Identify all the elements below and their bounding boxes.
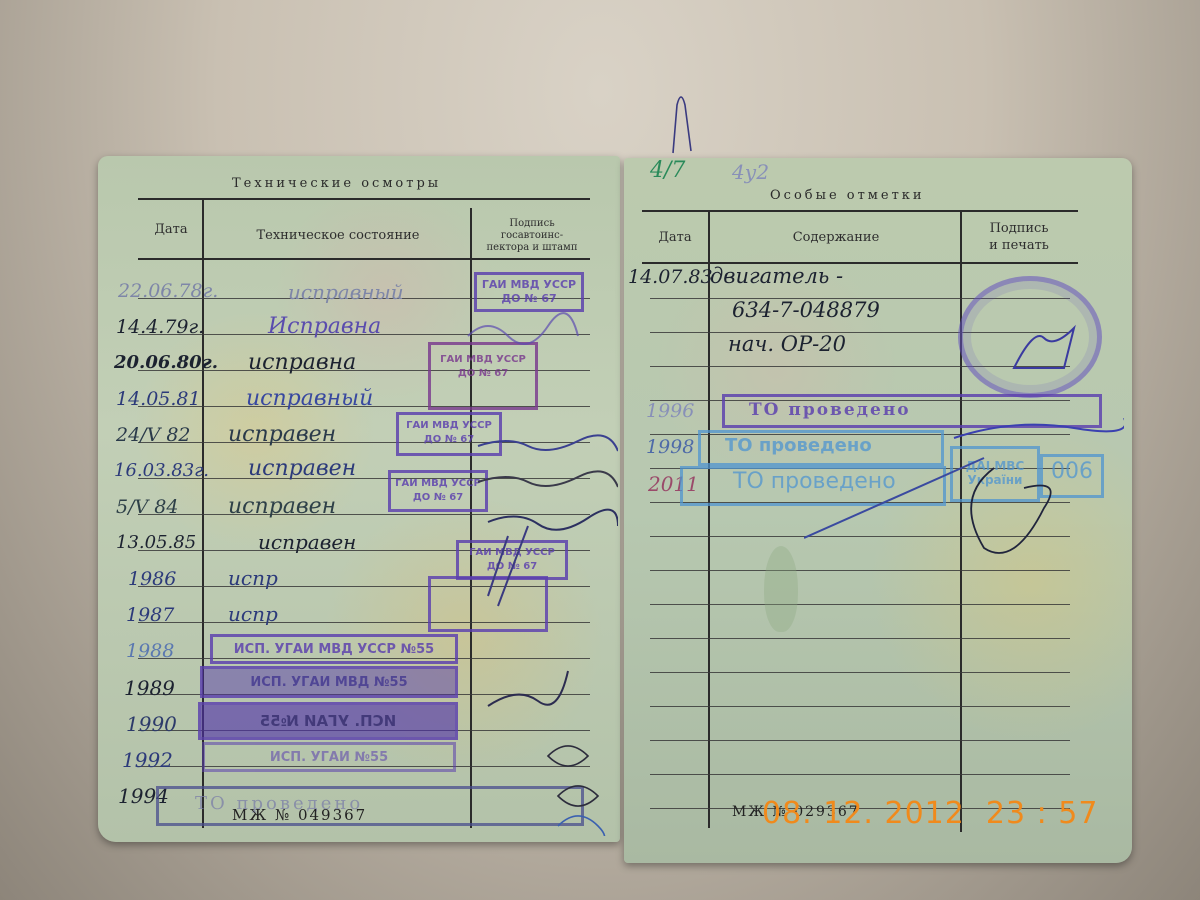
- row-date: 1990: [126, 712, 177, 736]
- column-divider: [708, 212, 710, 828]
- entry-date: 14.07.83: [628, 266, 713, 288]
- column-header-condition: Техническое состояние: [208, 228, 468, 243]
- row-condition: исправен: [228, 494, 336, 519]
- row-date: 1989: [124, 676, 175, 700]
- row-date: 16.03.83г.: [114, 460, 209, 481]
- row-date: 5/V 84: [116, 496, 178, 518]
- column-header-content: Содержание: [714, 230, 958, 245]
- row-condition: испр: [228, 602, 278, 626]
- row-condition: исправен: [248, 456, 356, 481]
- row-condition: исправный: [246, 386, 373, 411]
- ruled-line: [650, 672, 1070, 673]
- inspector-stamp-mirrored: ИСП. УГАИ №55: [198, 702, 458, 740]
- inspection-year: 1996: [646, 400, 694, 422]
- pen-scribble-mark: [665, 85, 695, 155]
- ink-smudge: [764, 546, 798, 632]
- signature-scribbles: [448, 296, 618, 836]
- header-rule-top: [138, 198, 590, 200]
- entry-content: двигатель -: [710, 264, 843, 288]
- right-page-title: Особые отметки: [770, 188, 925, 203]
- row-date: 14.4.79г.: [116, 316, 204, 338]
- left-page-technical-inspections: Технические осмотры Дата Техническое сос…: [98, 156, 620, 842]
- corner-note: 4у2: [732, 160, 769, 184]
- row-condition: исправна: [248, 350, 356, 375]
- inspector-stamp: ИСП. УГАИ МВД №55: [200, 666, 458, 698]
- inspection-year: 1998: [646, 436, 694, 458]
- column-header-signature: Подпись госавтоинс- пектора и штамп: [472, 218, 592, 254]
- ruled-line: [650, 774, 1070, 775]
- ruled-line: [650, 706, 1070, 707]
- row-date: 1988: [126, 640, 174, 662]
- ruled-line: [650, 638, 1070, 639]
- row-date: 14.05.81: [116, 388, 201, 410]
- corner-note: 4/7: [650, 158, 685, 183]
- left-page-title: Технические осмотры: [232, 176, 441, 191]
- row-condition: испр: [228, 566, 278, 590]
- row-date: 24/V 82: [116, 424, 191, 446]
- column-header-date: Дата: [142, 222, 200, 237]
- document-serial-number: МЖ № 049367: [232, 806, 367, 824]
- row-date: 1986: [128, 568, 176, 590]
- inspector-stamp: ИСП. УГАИ МВД УССР №55: [210, 634, 458, 664]
- right-page-special-notes: 4/7 4у2 Особые отметки Дата Содержание П…: [624, 158, 1132, 863]
- row-condition: исправен: [258, 530, 356, 554]
- inspector-stamp: ИСП. УГАИ №55: [202, 742, 456, 772]
- ruled-line: [650, 604, 1070, 605]
- row-condition: исправный: [288, 280, 404, 304]
- row-date: 1987: [126, 604, 174, 626]
- signature-scribbles: [804, 288, 1124, 568]
- ruled-line: [650, 570, 1070, 571]
- ruled-line: [650, 740, 1070, 741]
- row-date: 1992: [122, 748, 173, 772]
- header-rule-bottom: [138, 258, 590, 260]
- row-date: 22.06.78г.: [118, 280, 218, 302]
- row-date: 20.06.80г.: [114, 352, 218, 373]
- column-header-date: Дата: [644, 230, 706, 245]
- column-header-signature: Подпись и печать: [962, 220, 1076, 254]
- row-condition: исправен: [228, 422, 336, 447]
- header-rule-bottom: [642, 262, 1078, 264]
- camera-timestamp-overlay: 08. 12. 2012 23 : 57: [762, 796, 1098, 831]
- row-condition: Исправна: [268, 314, 381, 339]
- row-date: 13.05.85: [116, 532, 196, 553]
